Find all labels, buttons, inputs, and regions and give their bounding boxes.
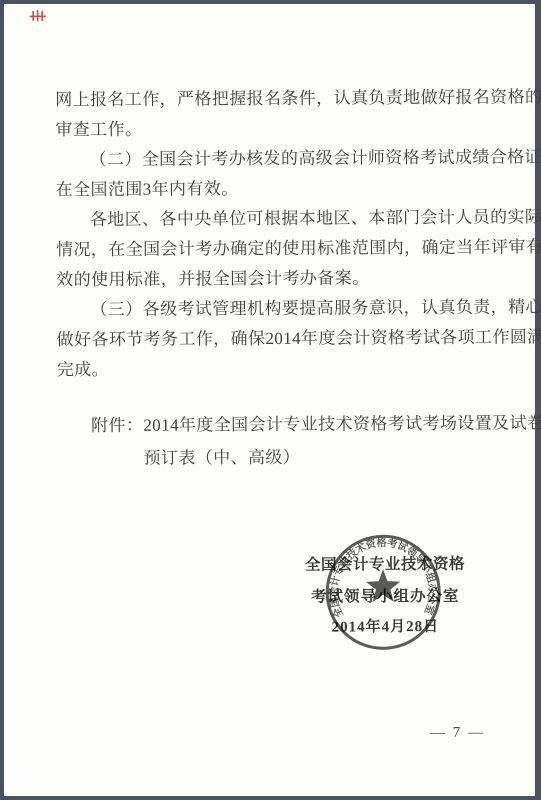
body-line: （二）全国会计考办核发的高级会计师资格考试成绩合格证， <box>55 143 495 176</box>
body-line: 各地区、各中央单位可根据本地区、本部门会计人员的实际 <box>56 203 496 236</box>
attachment-label: 附件： <box>91 409 143 442</box>
body-line: 情况，在全国会计考办确定的使用标准范围内，确定当年评审有 <box>56 233 496 266</box>
body-line: 审查工作。 <box>55 113 495 146</box>
attachment-title: 2014年度全国会计专业技术资格考试考场设置及试卷 预订表（中、高级） <box>143 406 541 474</box>
body-line: （三）各级考试管理机构要提高服务意识，认真负责，精心 <box>56 293 496 326</box>
body-line: 网上报名工作，严格把握报名条件，认真负责地做好报名资格的 <box>55 83 495 116</box>
body-line: 效的使用标准，并报全国会计考办备案。 <box>56 263 496 296</box>
red-corner-mark-icon <box>28 8 48 23</box>
body-line: 在全国范围3年内有效。 <box>56 173 496 206</box>
scan-content: 网上报名工作，严格把握报名条件，认真负责地做好报名资格的 审查工作。 （二）全国… <box>2 2 538 797</box>
attachment-title-line: 预订表（中、高级） <box>143 439 541 474</box>
body-line: 做好各环节考务工作，确保2014年度会计资格考试各项工作圆满 <box>57 323 497 356</box>
attachment-title-line: 2014年度全国会计专业技术资格考试考场设置及试卷 <box>143 406 541 441</box>
document-page: 网上报名工作，严格把握报名条件，认真负责地做好报名资格的 审查工作。 （二）全国… <box>4 4 535 796</box>
attachment-block: 附件： 2014年度全国会计专业技术资格考试考场设置及试卷 预订表（中、高级） <box>91 407 511 476</box>
body-text: 网上报名工作，严格把握报名条件，认真负责地做好报名资格的 审查工作。 （二）全国… <box>55 83 497 386</box>
page-number: — 7 — <box>430 725 485 742</box>
seal-star-icon <box>366 569 400 602</box>
body-line: 完成。 <box>57 353 497 386</box>
official-seal-stamp: 全国会计专业技术资格考试领导小组办公室 <box>313 522 454 663</box>
scanned-document-frame: 网上报名工作，严格把握报名条件，认真负责地做好报名资格的 审查工作。 （二）全国… <box>0 0 541 800</box>
